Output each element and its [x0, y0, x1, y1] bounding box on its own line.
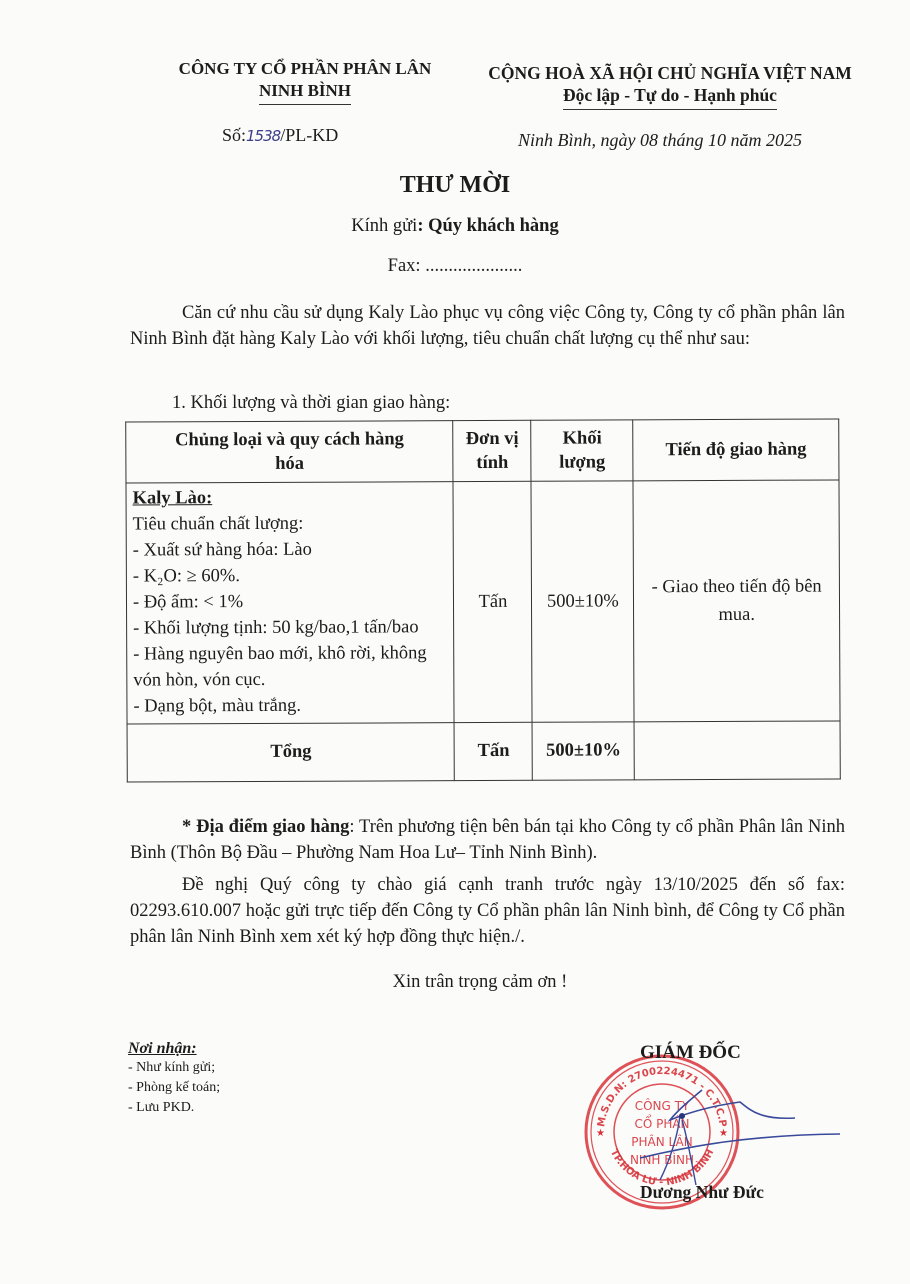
doc-number-suffix: /PL-KD — [280, 125, 338, 145]
doc-number-prefix: Số: — [222, 125, 246, 145]
spec-item: - Độ ẩm: < 1% — [133, 588, 448, 615]
fax-label: Fax: — [388, 256, 426, 276]
total-quantity: 500±10% — [532, 722, 634, 780]
recipient-item: - Phòng kế toán; — [128, 1078, 220, 1098]
national-motto-line1: CỘNG HOÀ XÃ HỘI CHỦ NGHĨA VIỆT NAM — [465, 62, 875, 84]
company-name-line1: CÔNG TY CỔ PHẦN PHÂN LÂN — [150, 58, 460, 80]
addressee: Kính gửi: Qúy khách hàng — [0, 216, 910, 237]
addressee-label: Kính gửi — [351, 216, 417, 236]
place-date: Ninh Bình, ngày 08 tháng 10 năm 2025 — [518, 130, 802, 151]
recipient-item: - Lưu PKD. — [128, 1098, 220, 1118]
table-row: Kaly Lào: Tiêu chuẩn chất lượng: - Xuất … — [126, 480, 840, 724]
goods-spec-cell: Kaly Lào: Tiêu chuẩn chất lượng: - Xuất … — [126, 482, 455, 724]
handwritten-signature — [600, 1080, 840, 1190]
document-number: Số:1538/PL-KD — [222, 125, 338, 146]
request-paragraph: Đề nghị Quý công ty chào giá cạnh tranh … — [130, 872, 845, 950]
addressee-colon: : — [417, 216, 428, 236]
col-header-unit: Đơn vị tính — [453, 420, 531, 481]
section-heading: 1. Khối lượng và thời gian giao hàng: — [172, 390, 672, 416]
recipients-label: Nơi nhận: — [128, 1040, 220, 1058]
recipient-item: - Như kính gửi; — [128, 1058, 220, 1078]
fax-line: Fax: ..................... — [0, 256, 910, 277]
unit-cell: Tấn — [453, 481, 532, 722]
national-motto-line2: Độc lập - Tự do - Hạnh phúc — [563, 84, 777, 110]
national-header: CỘNG HOÀ XÃ HỘI CHỦ NGHĨA VIỆT NAM Độc l… — [465, 62, 875, 110]
closing-text: Xin trân trọng cảm ơn ! — [0, 972, 910, 993]
spec-item: - K₂O: ≥ 60%. — [133, 562, 448, 589]
total-label: Tổng — [127, 723, 455, 782]
fax-value: ..................... — [425, 256, 522, 276]
recipients-block: Nơi nhận: - Như kính gửi; - Phòng kế toá… — [128, 1040, 220, 1118]
total-unit: Tấn — [455, 722, 533, 780]
delivery-location: * Địa điểm giao hàng: Trên phương tiện b… — [130, 814, 845, 866]
table-total-row: Tổng Tấn 500±10% — [127, 721, 840, 782]
goods-table: Chủng loại và quy cách hàng hóa Đơn vị t… — [125, 418, 841, 782]
col-header-schedule: Tiến độ giao hàng — [633, 419, 839, 481]
company-name-line2: NINH BÌNH — [259, 80, 351, 105]
spec-heading: Tiêu chuẩn chất lượng: — [133, 510, 448, 537]
col-header-quantity: Khối lượng — [531, 420, 633, 481]
spec-item: - Hàng nguyên bao mới, khô rời, không vó… — [133, 640, 448, 693]
table-header-row: Chủng loại và quy cách hàng hóa Đơn vị t… — [126, 419, 839, 483]
addressee-value: Qúy khách hàng — [428, 216, 559, 236]
signer-position: GIÁM ĐỐC — [640, 1042, 741, 1064]
company-header: CÔNG TY CỔ PHẦN PHÂN LÂN NINH BÌNH — [150, 58, 460, 105]
product-name: Kaly Lào: — [132, 484, 447, 511]
doc-number-handwritten: 1538 — [246, 127, 280, 145]
document-title: THƯ MỜI — [0, 172, 910, 199]
total-schedule — [634, 721, 840, 780]
spec-item: - Xuất sứ hàng hóa: Lào — [133, 536, 448, 563]
spec-item: - Khối lượng tịnh: 50 kg/bao,1 tấn/bao — [133, 614, 448, 641]
quantity-cell: 500±10% — [531, 481, 634, 722]
spec-item: - Dạng bột, màu trắng. — [133, 692, 448, 719]
signer-name: Dương Như Đức — [640, 1182, 764, 1203]
delivery-location-label: * Địa điểm giao hàng — [182, 817, 349, 837]
intro-paragraph: Căn cứ nhu cầu sử dụng Kaly Lào phục vụ … — [130, 300, 845, 352]
schedule-cell: - Giao theo tiến độ bên mua. — [633, 480, 840, 722]
col-header-goods: Chủng loại và quy cách hàng hóa — [126, 421, 454, 483]
